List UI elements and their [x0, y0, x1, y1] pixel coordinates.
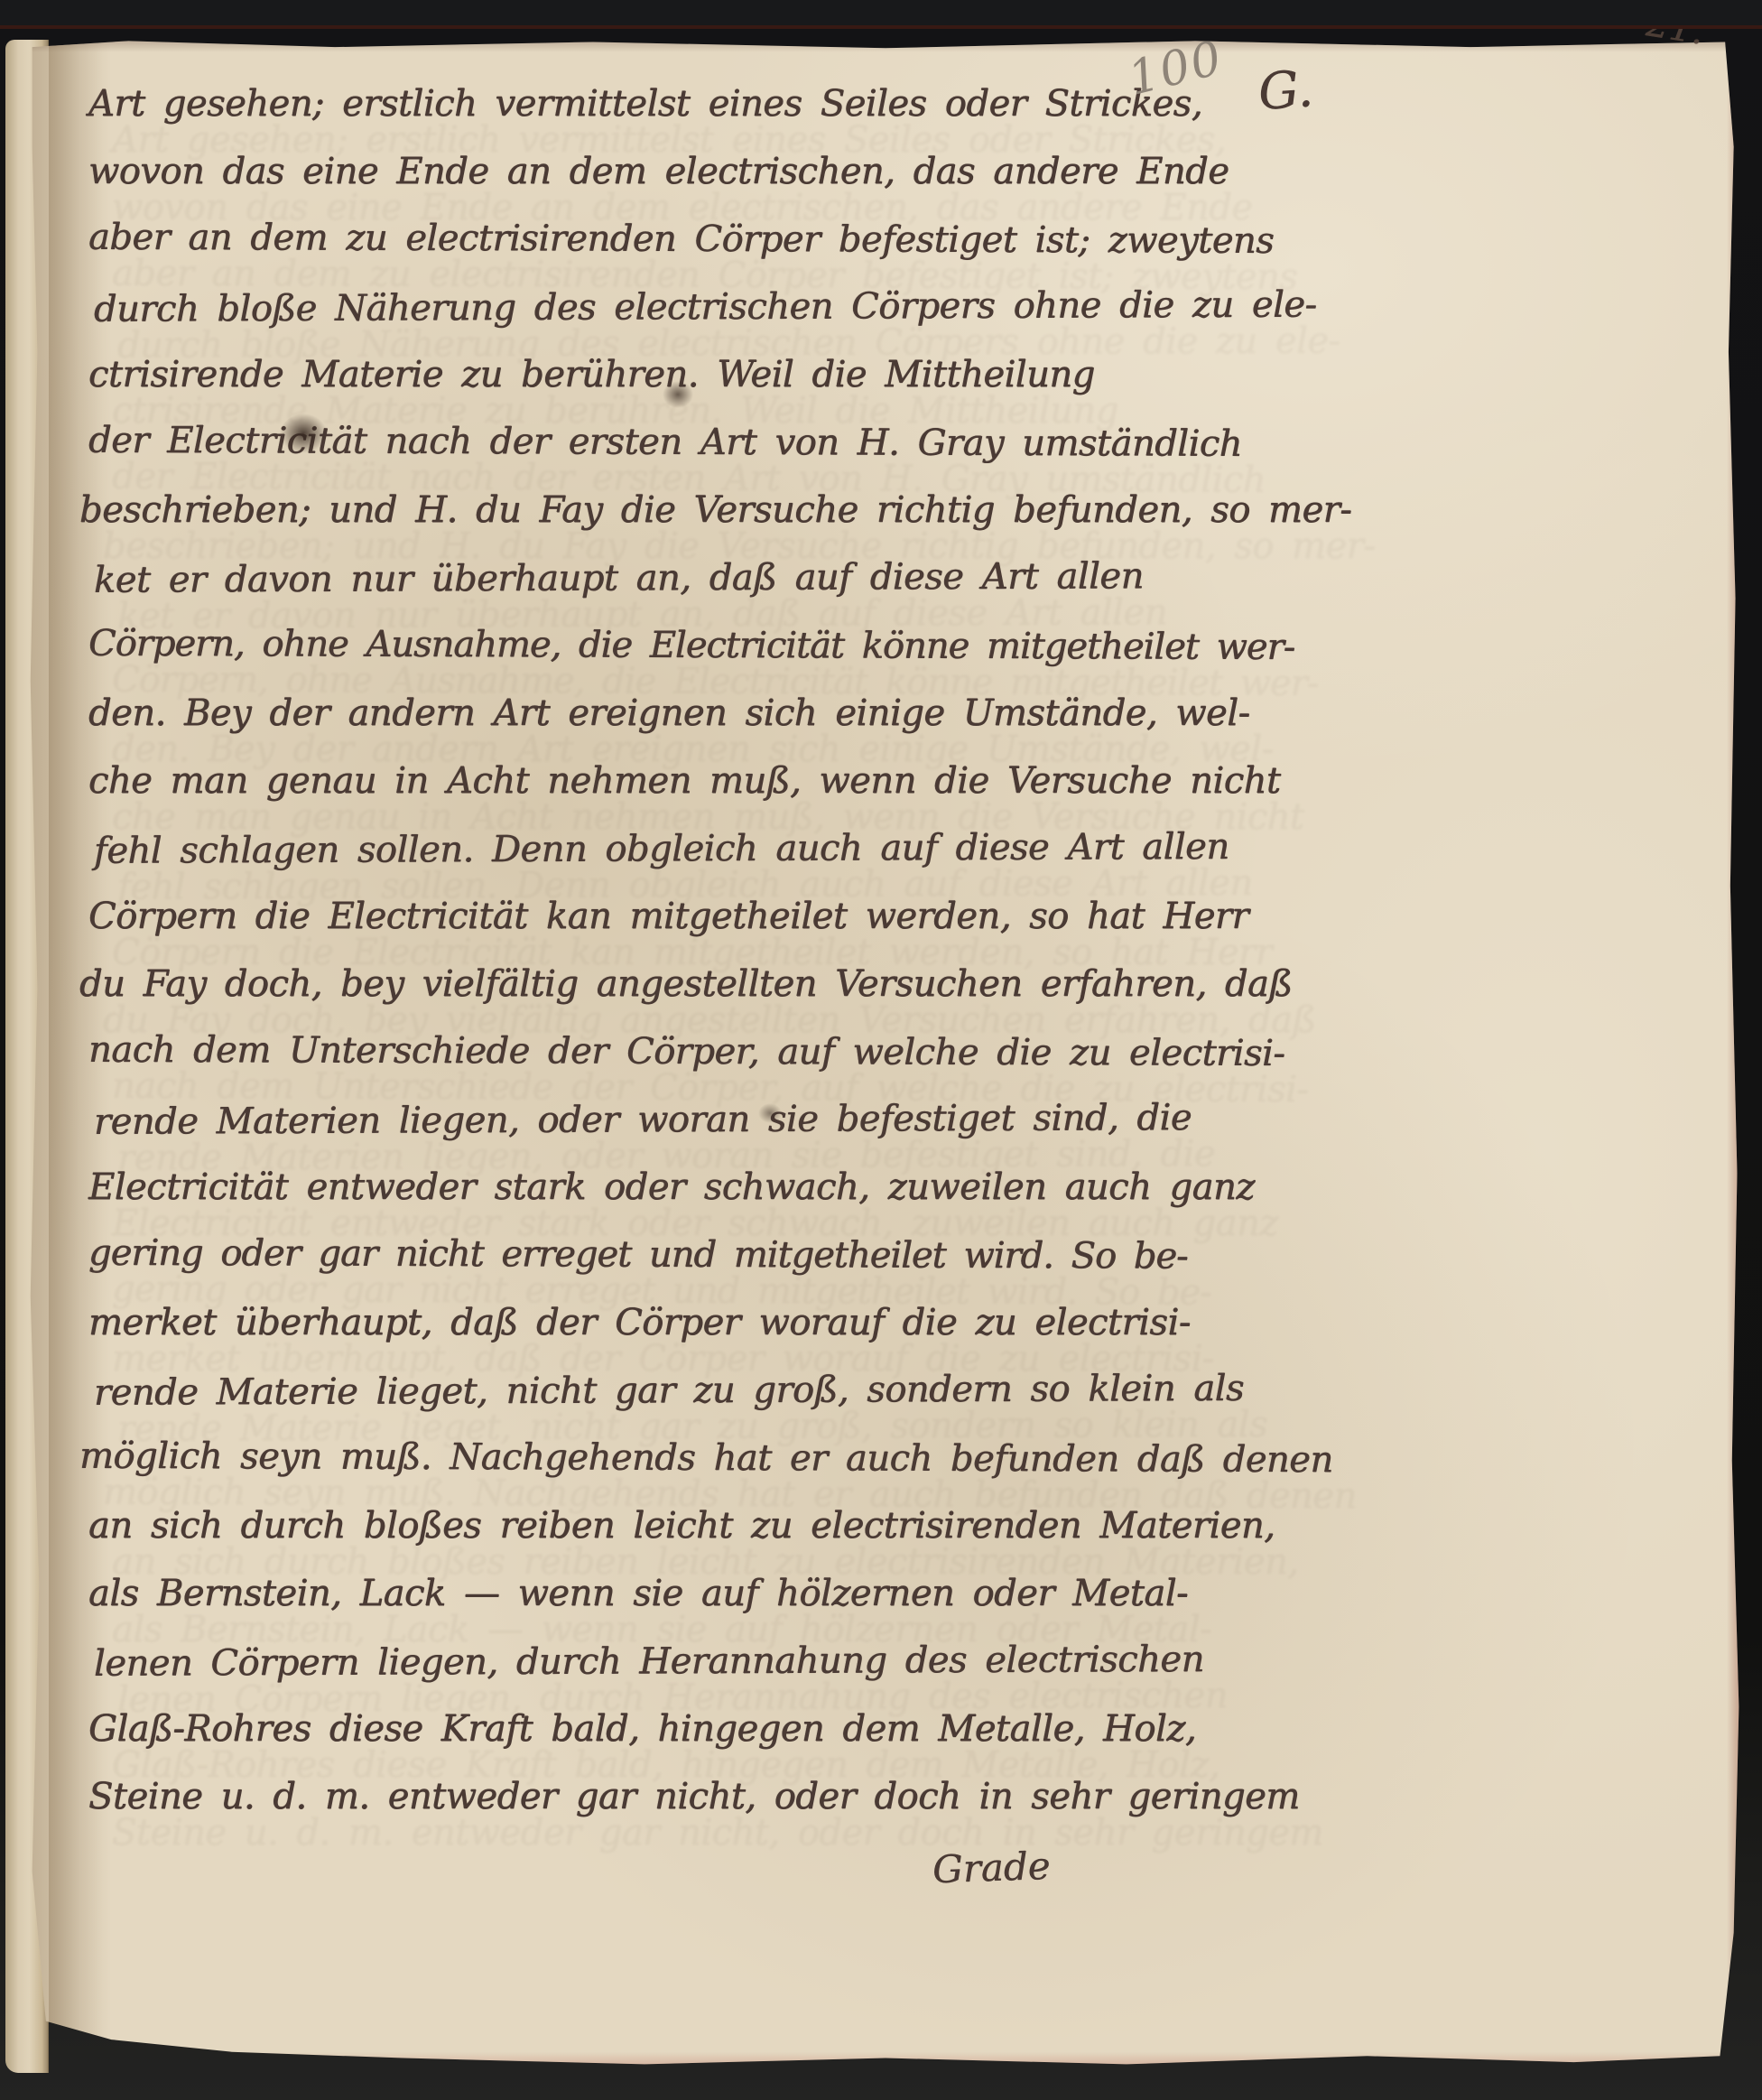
manuscript-page: Art gesehen; erstlich vermittelst eines … [25, 23, 1746, 2077]
manuscript-line: den. Bey der andern Art ereignen sich ei… [88, 680, 1379, 748]
manuscript-line: fehl schlagen sollen. Denn obgleich auch… [94, 813, 1379, 885]
manuscript-line: wovon das eine Ende an dem electrischen,… [88, 138, 1379, 206]
manuscript-line: che man genau in Acht nehmen muß, wenn d… [88, 748, 1379, 815]
manuscript-line: aber an dem zu electrisirenden Cörper be… [88, 204, 1379, 275]
photograph-of-manuscript: Art gesehen; erstlich vermittelst eines … [0, 0, 1762, 2100]
ink-section-letter: G. [1257, 60, 1315, 122]
manuscript-line: beschrieben; und H. du Fay die Versuche … [79, 477, 1379, 544]
ink-blot [758, 1103, 782, 1123]
manuscript-line: als Bernstein, Lack — wenn sie auf hölze… [88, 1560, 1379, 1628]
manuscript-line: möglich seyn muß. Nachgehends hat er auc… [79, 1423, 1379, 1495]
manuscript-line: du Fay doch, bey vielfältig angestellten… [79, 951, 1379, 1018]
manuscript-line: rende Materien liegen, oder woran sie be… [94, 1083, 1379, 1156]
manuscript-line: gering oder gar nicht erreget und mitget… [88, 1220, 1379, 1291]
manuscript-line: merket überhaupt, daß der Cörper worauf … [88, 1289, 1379, 1357]
manuscript-line: Glaß-Rohres diese Kraft bald, hingegen d… [88, 1696, 1379, 1763]
ink-blot [663, 381, 693, 408]
manuscript-line: an sich durch bloßes reiben leicht zu el… [88, 1492, 1379, 1560]
manuscript-line: Cörpern, ohne Ausnahme, die Electricität… [88, 610, 1379, 682]
manuscript-line: ctrisirende Materie zu berühren. Weil di… [88, 341, 1379, 409]
manuscript-line: ket er davon nur überhaupt an, daß auf d… [94, 542, 1379, 614]
catchword: Grade [932, 1844, 1051, 1892]
manuscript-line: Steine u. d. m. entweder gar nicht, oder… [88, 1763, 1379, 1831]
manuscript-line: Electricität entweder stark oder schwach… [88, 1154, 1379, 1222]
book-cover-top-edge [0, 0, 1762, 29]
manuscript-line: nach dem Unterschiede der Cörper, auf we… [88, 1017, 1379, 1088]
manuscript-line: lenen Cörpern liegen, durch Herannahung … [94, 1625, 1379, 1697]
manuscript-line: durch bloße Näherung des electrischen Cö… [94, 271, 1379, 343]
manuscript-line: rende Materie lieget, nicht gar zu groß,… [94, 1354, 1379, 1426]
ink-blot [280, 413, 327, 453]
manuscript-line: Cörpern die Electricität kan mitgetheile… [88, 883, 1379, 951]
manuscript-text-block: Art gesehen; erstlich vermittelst eines … [88, 70, 1379, 1831]
